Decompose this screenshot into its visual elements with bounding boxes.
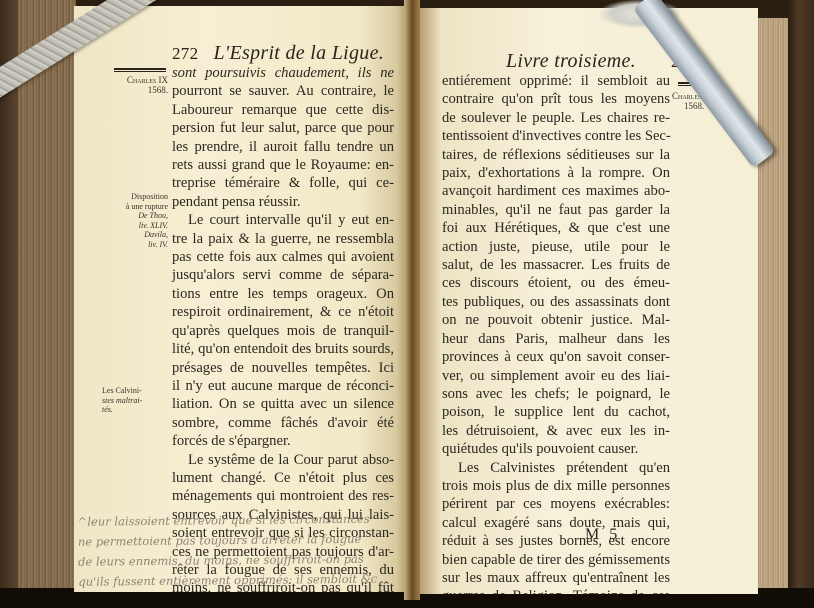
right-body-text: entiérement opprimé: il sembloit au cont… — [442, 72, 670, 594]
pencil-annotation: ^leur laissoient entrevoir que si les ci… — [78, 508, 409, 591]
margin-note-date: Charles IX 1568. — [110, 76, 168, 95]
left-page: 272 L'Esprit de la Ligue. Charles IX 156… — [74, 6, 410, 592]
left-running-head: 272 L'Esprit de la Ligue. — [172, 42, 384, 65]
page-edges-right — [755, 18, 791, 598]
book-gutter — [404, 0, 420, 600]
left-folio: 272 — [172, 44, 198, 63]
margin-note-calvinistes: Les Calvini- stes maltrai- tés. — [102, 386, 168, 415]
margin-rule — [114, 68, 166, 72]
book-cover-right — [788, 0, 814, 608]
right-running-title: Livre troisieme. — [506, 50, 636, 72]
page-edges-left — [18, 0, 76, 590]
left-running-title: L'Esprit de la Ligue. — [213, 42, 384, 64]
signature-mark: M 5 — [585, 526, 620, 544]
margin-note-disposition: Disposition à une rupture De Thou, liv. … — [102, 192, 168, 249]
book-photo: 272 L'Esprit de la Ligue. Charles IX 156… — [0, 0, 814, 608]
